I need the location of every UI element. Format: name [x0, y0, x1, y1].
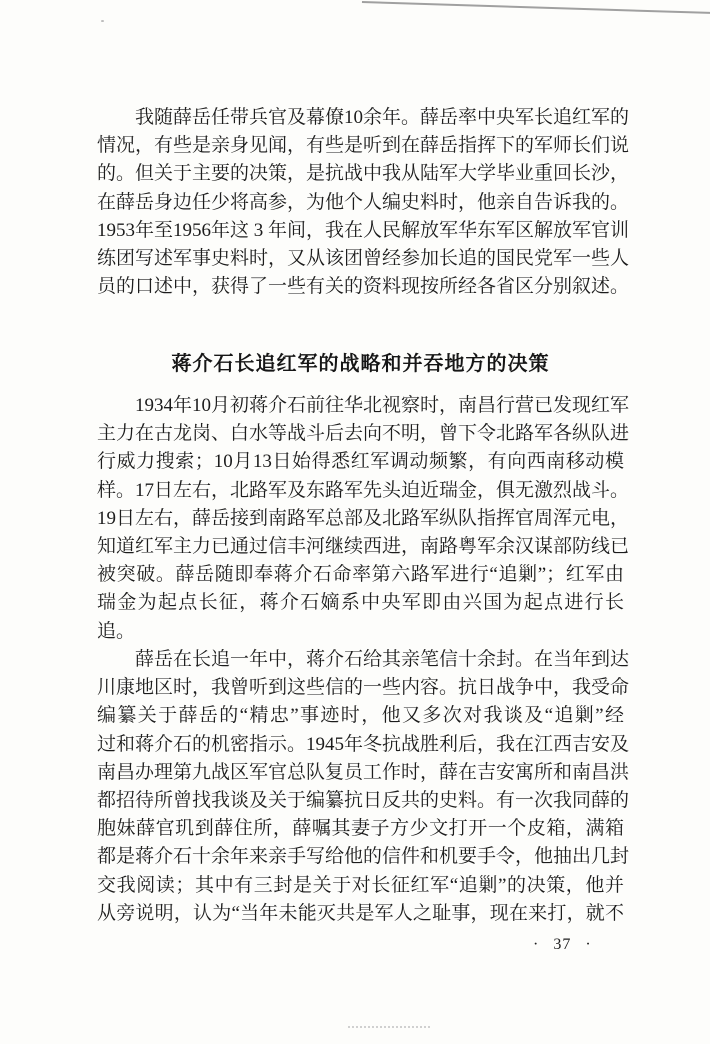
text-line: 1953年至1956年这 3 年间，我在人民解放军华东军区解放军官训: [97, 217, 624, 245]
paragraph-intro: 我随薛岳任带兵官及幕僚10余年。薛岳率中央军长追红军的情况，有些是亲身见闻，有些…: [97, 104, 624, 301]
text-line: 过和蒋介石的机密指示。1945年冬抗战胜利后，我在江西吉安及: [97, 731, 624, 759]
text-line: 川康地区时，我曾听到这些信的一些内容。抗日战争中，我受命: [97, 674, 624, 702]
text-line: 胞妹薛官玑到薛住所，薛嘱其妻子方少文打开一个皮箱，满箱: [97, 815, 624, 843]
book-page: 我随薛岳任带兵官及幕僚10余年。薛岳率中央军长追红军的情况，有些是亲身见闻，有些…: [0, 0, 710, 1044]
text-column: 我随薛岳任带兵官及幕僚10余年。薛岳率中央军长追红军的情况，有些是亲身见闻，有些…: [97, 0, 624, 1044]
text-line: 追。: [97, 618, 624, 646]
text-line: 知道红军主力已通过信丰河继续西进，南路粤军余汉谋部防线已: [97, 533, 624, 561]
text-line: 情况，有些是亲身见闻，有些是听到在薛岳指挥下的军师长们说: [97, 132, 624, 160]
text-line: 瑞金为起点长征，蒋介石嫡系中央军即由兴国为起点进行长: [97, 589, 624, 617]
text-line: 编纂关于薛岳的“精忠”事迹时，他又多次对我谈及“追剿”经: [97, 702, 624, 730]
text-line: 我随薛岳任带兵官及幕僚10余年。薛岳率中央军长追红军的: [97, 104, 624, 132]
text-line: 都是蒋介石十余年来亲手写给他的信件和机要手令，他抽出几封: [97, 843, 624, 871]
text-line: 主力在古龙岗、白水等战斗后去向不明，曾下令北路军各纵队进: [97, 420, 624, 448]
text-line: 的。但关于主要的决策，是抗战中我从陆军大学毕业重回长沙，: [97, 160, 624, 188]
text-line: 都招待所曾找我谈及关于编纂抗日反共的史料。有一次我同薛的: [97, 787, 624, 815]
section-heading: 蒋介石长追红军的战略和并吞地方的决策: [97, 350, 624, 378]
text-line: 19日左右，薛岳接到南路军总部及北路军纵队指挥官周浑元电，: [97, 505, 624, 533]
text-line: 南昌办理第九战区军官总队复员工作时，薛在吉安寓所和南昌洪: [97, 759, 624, 787]
paragraph-letters: 薛岳在长追一年中，蒋介石给其亲笔信十余封。在当年到达川康地区时，我曾听到这些信的…: [97, 646, 624, 928]
text-line: 练团写述军事史料时，又从该团曾经参加长追的国民党军一些人: [97, 245, 624, 273]
text-line: 从旁说明，认为“当年未能灭共是军人之耻事，现在来打，就不: [97, 900, 624, 928]
paragraph-pursuit-strategy: 1934年10月初蒋介石前往华北视察时，南昌行营已发现红军主力在古龙岗、白水等战…: [97, 392, 624, 646]
text-line: 样。17日左右，北路军及东路军先头迫近瑞金，俱无激烈战斗。: [97, 477, 624, 505]
text-line: 薛岳在长追一年中，蒋介石给其亲笔信十余封。在当年到达: [97, 646, 624, 674]
text-line: 1934年10月初蒋介石前往华北视察时，南昌行营已发现红军: [97, 392, 624, 420]
text-line: 被突破。薛岳随即奉蒋介石命率第六路军进行“追剿”；红军由: [97, 561, 624, 589]
text-line: 交我阅读；其中有三封是关于对长征红军“追剿”的决策，他并: [97, 872, 624, 900]
text-line: 行威力搜索；10月13日始得悉红军调动频繁，有向西南移动模: [97, 448, 624, 476]
page-number: · 37 ·: [533, 936, 592, 954]
text-line: 在薛岳身边任少将高参，为他个人编史料时，他亲自告诉我的。: [97, 189, 624, 217]
text-line: 员的口述中，获得了一些有关的资料现按所经各省区分别叙述。: [97, 273, 624, 301]
